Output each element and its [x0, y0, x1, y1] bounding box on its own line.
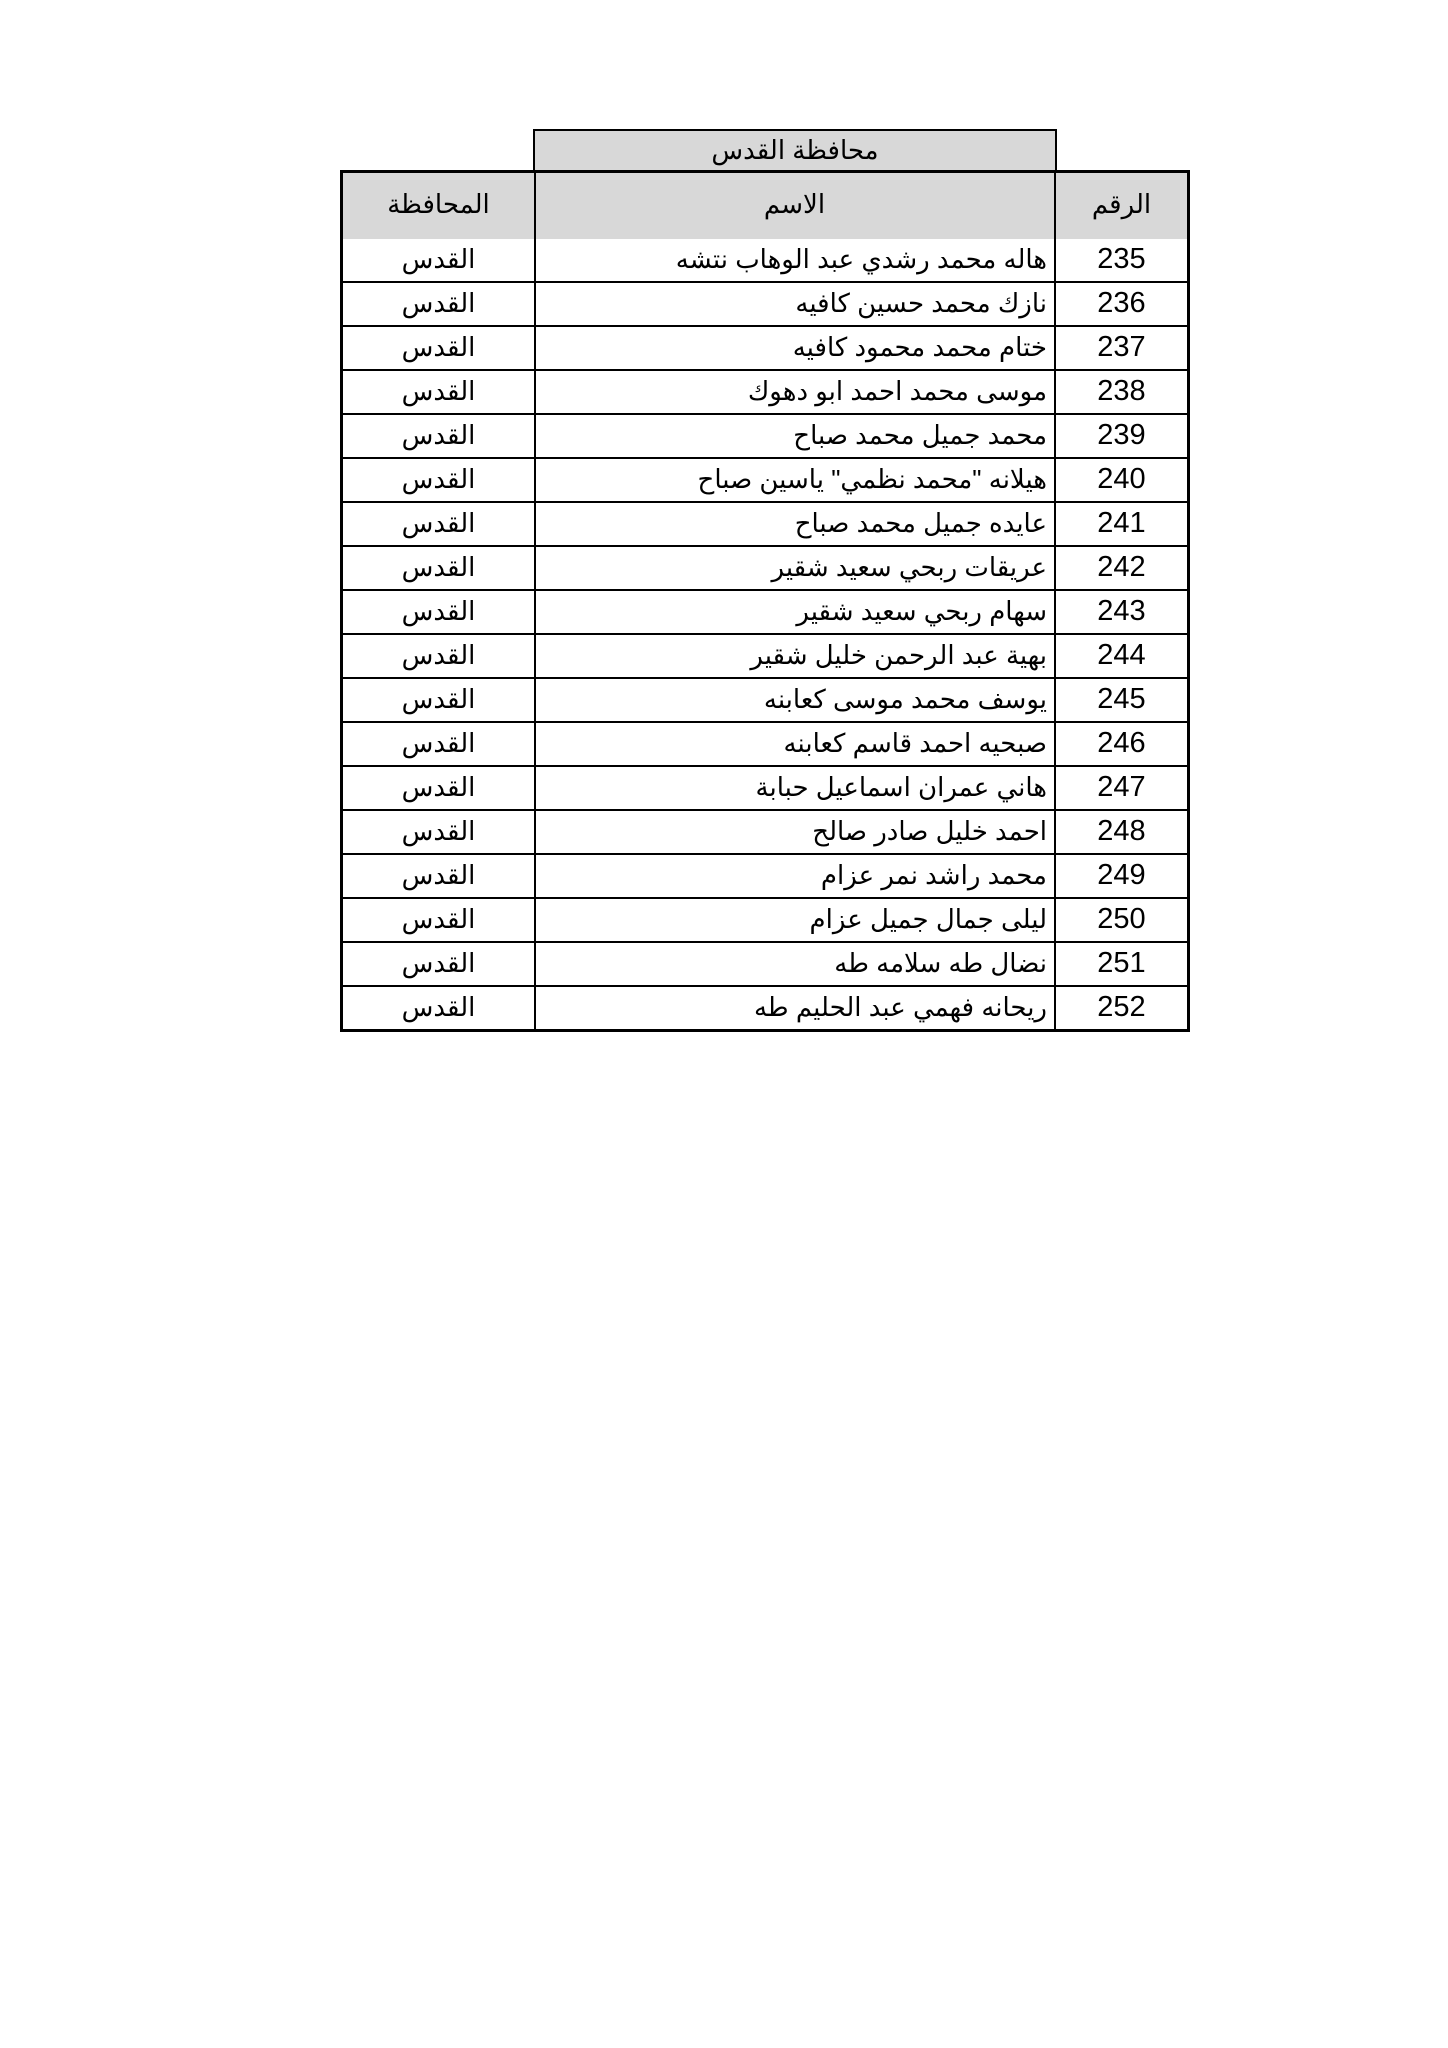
row-number: 243: [1056, 591, 1187, 633]
row-governorate: القدس: [343, 459, 534, 501]
row-number: 236: [1056, 283, 1187, 325]
row-name: عريقات ربحي سعيد شقير: [534, 547, 1056, 589]
row-name: صبحيه احمد قاسم كعابنه: [534, 723, 1056, 765]
row-number: 251: [1056, 943, 1187, 985]
row-name: نازك محمد حسين كافيه: [534, 283, 1056, 325]
row-governorate: القدس: [343, 679, 534, 721]
table-row: القدس نضال طه سلامه طه 251: [343, 941, 1187, 985]
row-name: موسى محمد احمد ابو دهوك: [534, 371, 1056, 413]
table-row: القدس محمد راشد نمر عزام 249: [343, 853, 1187, 897]
row-governorate: القدس: [343, 283, 534, 325]
table-title: محافظة القدس: [533, 129, 1057, 172]
row-governorate: القدس: [343, 371, 534, 413]
table-row: القدس ليلى جمال جميل عزام 250: [343, 897, 1187, 941]
row-name: هاني عمران اسماعيل حبابة: [534, 767, 1056, 809]
row-name: نضال طه سلامه طه: [534, 943, 1056, 985]
row-name: بهية عبد الرحمن خليل شقير: [534, 635, 1056, 677]
table-row: القدس هاله محمد رشدي عبد الوهاب نتشه 235: [343, 239, 1187, 281]
row-number: 245: [1056, 679, 1187, 721]
row-name: عايده جميل محمد صباح: [534, 503, 1056, 545]
table-grid: المحافظة الاسم الرقم القدس هاله محمد رشد…: [340, 170, 1190, 1032]
table-row: القدس هاني عمران اسماعيل حبابة 247: [343, 765, 1187, 809]
row-name: ريحانه فهمي عبد الحليم طه: [534, 987, 1056, 1029]
row-governorate: القدس: [343, 635, 534, 677]
table-row: القدس نازك محمد حسين كافيه 236: [343, 281, 1187, 325]
row-governorate: القدس: [343, 811, 534, 853]
row-name: احمد خليل صادر صالح: [534, 811, 1056, 853]
row-number: 239: [1056, 415, 1187, 457]
row-governorate: القدس: [343, 503, 534, 545]
table-row: القدس ختام محمد محمود كافيه 237: [343, 325, 1187, 369]
row-number: 235: [1056, 239, 1187, 281]
row-number: 238: [1056, 371, 1187, 413]
row-number: 252: [1056, 987, 1187, 1029]
table-row: القدس موسى محمد احمد ابو دهوك 238: [343, 369, 1187, 413]
table-row: القدس عايده جميل محمد صباح 241: [343, 501, 1187, 545]
row-governorate: القدس: [343, 899, 534, 941]
row-number: 248: [1056, 811, 1187, 853]
row-name: محمد راشد نمر عزام: [534, 855, 1056, 897]
row-governorate: القدس: [343, 591, 534, 633]
governorate-table: محافظة القدس المحافظة الاسم الرقم القدس …: [340, 129, 1190, 1032]
row-number: 244: [1056, 635, 1187, 677]
row-governorate: القدس: [343, 767, 534, 809]
row-governorate: القدس: [343, 855, 534, 897]
row-governorate: القدس: [343, 239, 534, 281]
row-name: ختام محمد محمود كافيه: [534, 327, 1056, 369]
table-title-row: محافظة القدس: [340, 129, 1190, 172]
table-header-row: المحافظة الاسم الرقم: [343, 173, 1187, 239]
table-row: القدس صبحيه احمد قاسم كعابنه 246: [343, 721, 1187, 765]
row-name: ليلى جمال جميل عزام: [534, 899, 1056, 941]
row-name: سهام ربحي سعيد شقير: [534, 591, 1056, 633]
row-governorate: القدس: [343, 723, 534, 765]
row-number: 241: [1056, 503, 1187, 545]
table-body: القدس هاله محمد رشدي عبد الوهاب نتشه 235…: [343, 239, 1187, 1029]
row-name: هيلانه "محمد نظمي" ياسين صباح: [534, 459, 1056, 501]
row-number: 246: [1056, 723, 1187, 765]
row-number: 247: [1056, 767, 1187, 809]
table-row: القدس سهام ربحي سعيد شقير 243: [343, 589, 1187, 633]
row-governorate: القدس: [343, 547, 534, 589]
row-number: 237: [1056, 327, 1187, 369]
row-governorate: القدس: [343, 987, 534, 1029]
row-governorate: القدس: [343, 327, 534, 369]
row-number: 249: [1056, 855, 1187, 897]
table-row: القدس بهية عبد الرحمن خليل شقير 244: [343, 633, 1187, 677]
col-header-governorate: المحافظة: [343, 173, 534, 239]
row-name: هاله محمد رشدي عبد الوهاب نتشه: [534, 239, 1056, 281]
table-row: القدس محمد جميل محمد صباح 239: [343, 413, 1187, 457]
table-row: القدس هيلانه "محمد نظمي" ياسين صباح 240: [343, 457, 1187, 501]
row-number: 250: [1056, 899, 1187, 941]
document-page: محافظة القدس المحافظة الاسم الرقم القدس …: [0, 0, 1448, 2048]
table-row: القدس احمد خليل صادر صالح 248: [343, 809, 1187, 853]
table-row: القدس ريحانه فهمي عبد الحليم طه 252: [343, 985, 1187, 1029]
table-row: القدس يوسف محمد موسى كعابنه 245: [343, 677, 1187, 721]
row-number: 240: [1056, 459, 1187, 501]
row-number: 242: [1056, 547, 1187, 589]
table-row: القدس عريقات ربحي سعيد شقير 242: [343, 545, 1187, 589]
col-header-number: الرقم: [1056, 173, 1187, 239]
row-name: يوسف محمد موسى كعابنه: [534, 679, 1056, 721]
row-name: محمد جميل محمد صباح: [534, 415, 1056, 457]
row-governorate: القدس: [343, 415, 534, 457]
col-header-name: الاسم: [534, 173, 1056, 239]
row-governorate: القدس: [343, 943, 534, 985]
